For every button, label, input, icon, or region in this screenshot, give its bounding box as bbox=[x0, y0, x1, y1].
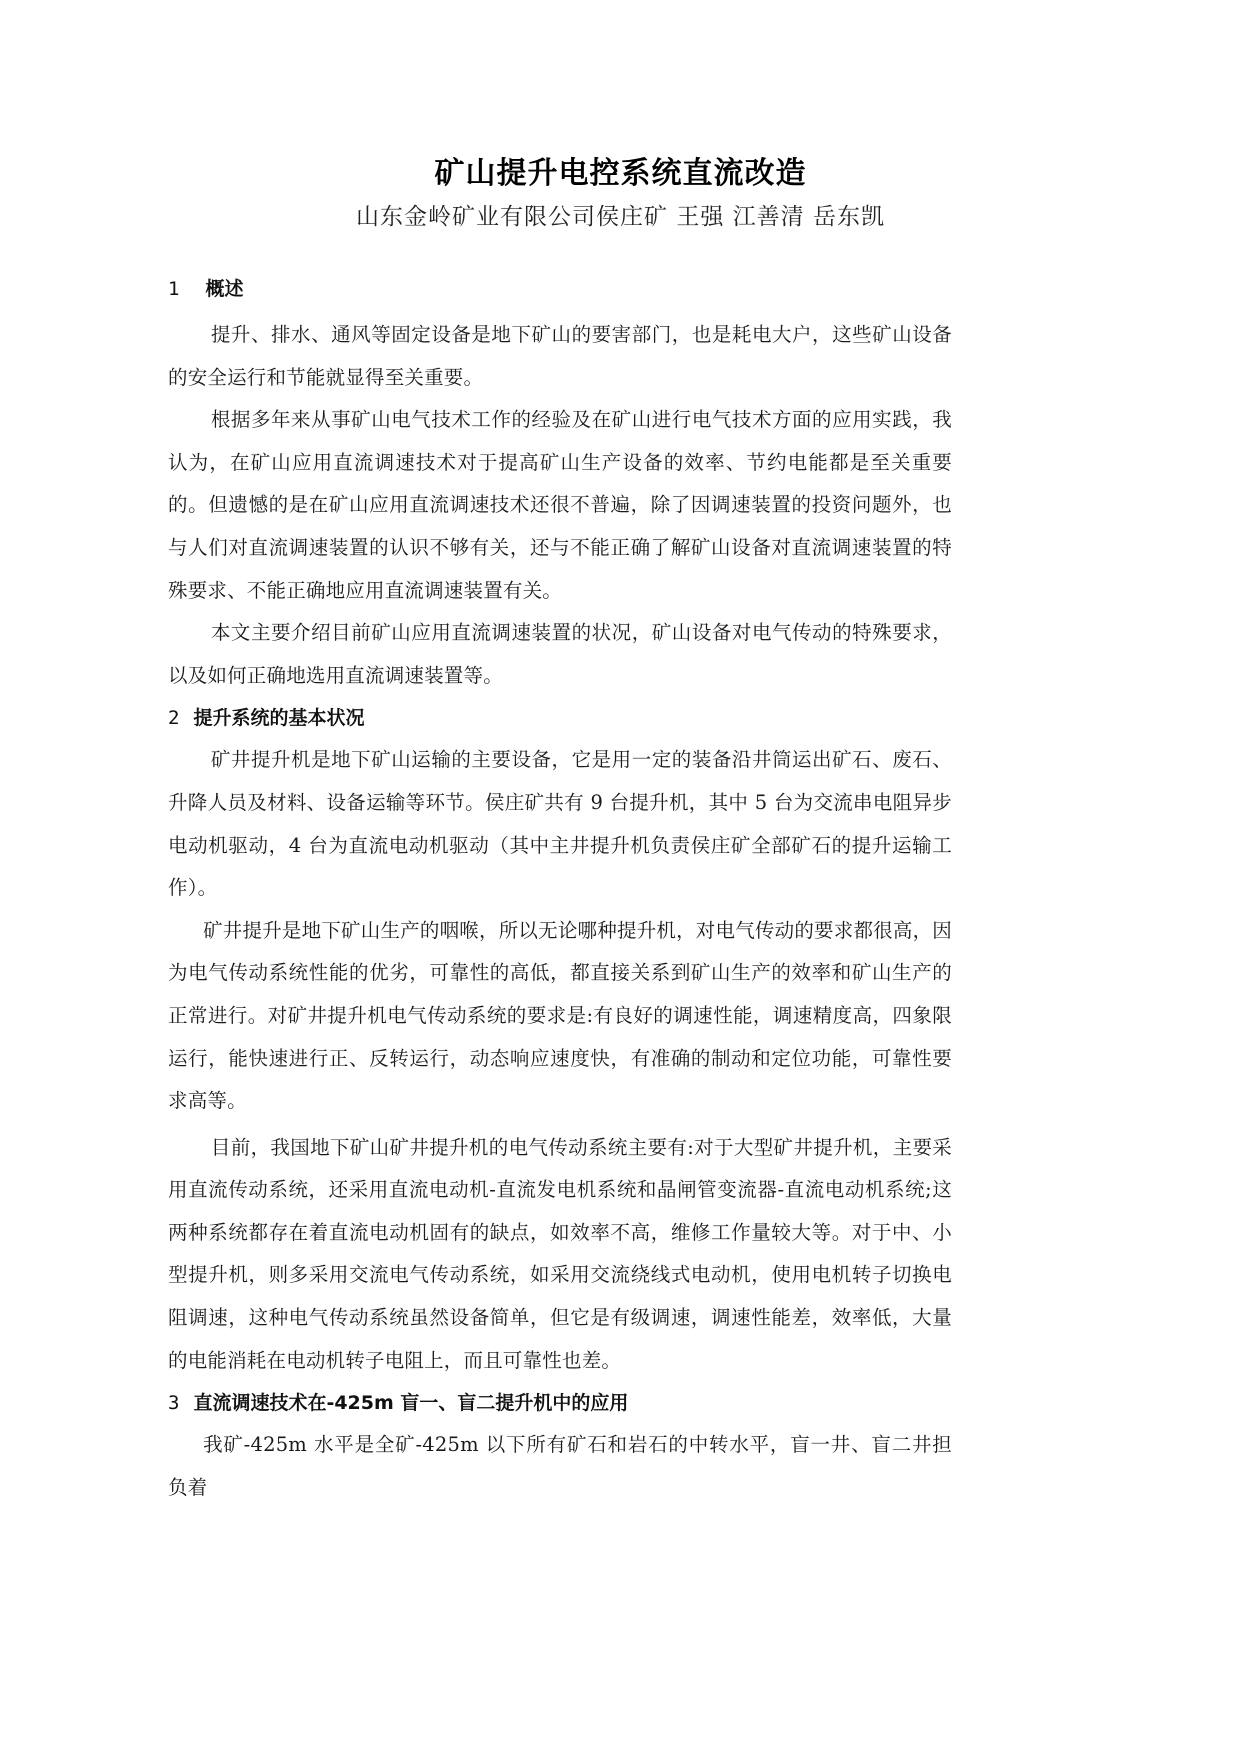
section-number: 2 bbox=[168, 707, 179, 729]
document-authors: 山东金岭矿业有限公司侯庄矿 王强 江善清 岳东凯 bbox=[0, 198, 1241, 231]
paragraph: 矿井提升机是地下矿山运输的主要设备，它是用一定的装备沿井筒运出矿石、废石、升降人… bbox=[168, 739, 952, 909]
paragraph: 矿井提升是地下矿山生产的咽喉，所以无论哪种提升机，对电气传动的要求都很高，因为电… bbox=[168, 910, 952, 1123]
section-number: 1 bbox=[168, 278, 179, 300]
paragraph: 目前，我国地下矿山矿井提升机的电气传动系统主要有:对于大型矿井提升机，主要采用直… bbox=[168, 1127, 952, 1383]
paragraph: 根据多年来从事矿山电气技术工作的经验及在矿山进行电气技术方面的应用实践，我认为，… bbox=[168, 399, 952, 612]
section-title: 概述 bbox=[205, 278, 243, 300]
section-heading-3: 3直流调速技术在-425m 盲一、盲二提升机中的应用 bbox=[168, 1382, 952, 1424]
section-title: 直流调速技术在-425m 盲一、盲二提升机中的应用 bbox=[193, 1392, 628, 1414]
paragraph: 本文主要介绍目前矿山应用直流调速装置的状况，矿山设备对电气传动的特殊要求，以及如… bbox=[168, 612, 952, 697]
section-heading-1: 1概述 bbox=[168, 268, 952, 310]
paragraph: 我矿-425m 水平是全矿-425m 以下所有矿石和岩石的中转水平，盲一井、盲二… bbox=[168, 1424, 952, 1509]
section-heading-2: 2提升系统的基本状况 bbox=[168, 697, 952, 739]
section-number: 3 bbox=[168, 1392, 179, 1414]
section-title: 提升系统的基本状况 bbox=[193, 707, 364, 729]
document-title: 矿山提升电控系统直流改造 bbox=[0, 148, 1241, 192]
document-body: 1概述 提升、排水、通风等固定设备是地下矿山的要害部门，也是耗电大户，这些矿山设… bbox=[168, 268, 952, 1509]
paragraph: 提升、排水、通风等固定设备是地下矿山的要害部门，也是耗电大户，这些矿山设备的安全… bbox=[168, 314, 952, 399]
document-page: 矿山提升电控系统直流改造 山东金岭矿业有限公司侯庄矿 王强 江善清 岳东凯 1概… bbox=[0, 0, 1241, 1754]
